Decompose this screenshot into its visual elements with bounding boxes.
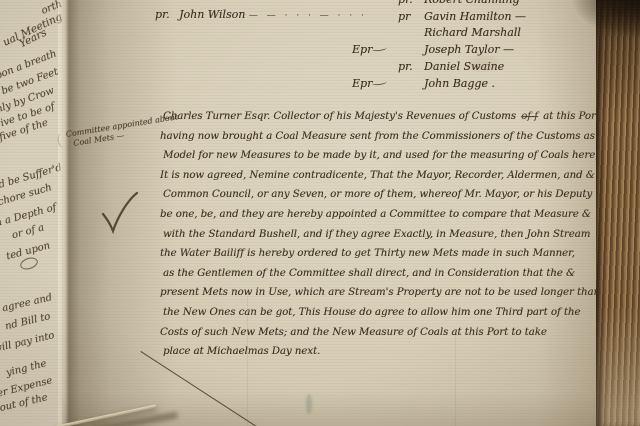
entry-line: Common Council, or any Seven, or more of… <box>163 185 623 205</box>
admission-row: pr. John Wilson — — · · · — · · · <box>155 8 367 21</box>
entry-paragraph: Charles Turner Esqr. Collector of his Ma… <box>163 107 623 362</box>
admission-row: pr. Robert Channing <box>352 0 602 9</box>
admission-prefix: pr <box>398 10 410 23</box>
admission-row: pr Gavin Hamilton — <box>352 10 602 26</box>
entry-line: the New Ones can be got, This House do a… <box>163 303 623 323</box>
entry-line: as the Gentlemen of the Committee shall … <box>163 264 623 284</box>
pen-trail-dots: — — · · · — · · · <box>249 11 367 21</box>
admission-row: Epr John Bagge . <box>352 77 602 93</box>
ink-stain <box>306 394 312 414</box>
entry-line: with the Standard Bushell, and if they a… <box>163 225 623 245</box>
admission-row: Richard Marshall <box>352 26 602 42</box>
checkmark-flourish <box>100 190 140 236</box>
paper-crease <box>455 330 456 426</box>
entry-line: the Water Bailiff is hereby ordered to g… <box>160 244 623 264</box>
paper-stain <box>470 56 498 70</box>
paper-crease <box>247 295 248 426</box>
entry-line: Charles Turner Esqr. Collector of his Ma… <box>163 107 623 127</box>
entry-line: Model for new Measures to be made by it,… <box>163 146 623 166</box>
admission-prefix: pr. <box>398 0 413 6</box>
entry-line-text: at this Port, <box>543 111 603 122</box>
entry-line: having now brought a Coal Measure sent f… <box>160 127 623 147</box>
entry-line-text: Charles Turner Esqr. Collector of his Ma… <box>163 111 516 122</box>
admission-prefix: pr. <box>398 60 413 73</box>
admission-prefix: Epr <box>352 77 387 90</box>
right-page: pr. John Wilson — — · · · — · · · pr. Ro… <box>62 0 602 426</box>
admission-name: Joseph Taylor — <box>424 43 514 56</box>
admission-name: John Wilson <box>179 8 245 21</box>
left-page-text-fragment: ying the <box>5 358 48 379</box>
left-page-text-fragment: nd Bill to <box>4 311 51 332</box>
admission-name: Gavin Hamilton — <box>424 10 526 23</box>
admission-name: Robert Channing <box>424 0 520 6</box>
entry-line: Costs of such New Mets; and the New Meas… <box>160 323 623 343</box>
entry-line: place at Michaelmas Day next. <box>163 342 623 362</box>
manuscript-photo: orth, ual Meetings Years upon a breath t… <box>0 0 640 426</box>
entry-line: be one, be, and they are hereby appointe… <box>160 205 623 225</box>
admission-prefix: Epr <box>352 43 387 56</box>
entry-line: It is now agreed, Nemine contradicente, … <box>160 166 623 186</box>
admission-name: Richard Marshall <box>424 26 521 39</box>
admission-name: John Bagge . <box>424 77 495 90</box>
struck-text: of f <box>519 111 540 122</box>
entry-line: present Mets now in Use, which are Strea… <box>160 283 623 303</box>
admission-prefix: pr. <box>155 8 170 21</box>
left-page-text-fragment: or of a <box>11 222 46 241</box>
fore-edge <box>596 0 640 426</box>
left-page-text-fragment: will pay into <box>0 330 55 355</box>
